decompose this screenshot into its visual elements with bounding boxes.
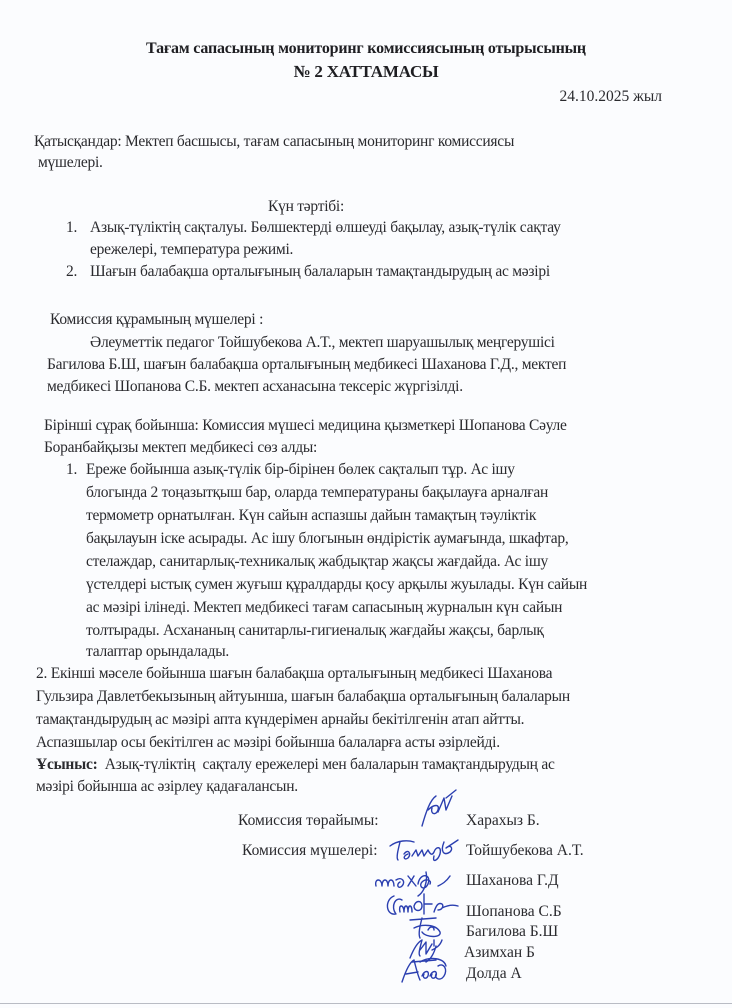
first-question-line-8: толтырады. Асхананың санитарлы-гигиеналы… (86, 622, 544, 640)
member-name-4: Багилова Б.Ш (466, 923, 558, 941)
document-date: 24.10.2025 жыл (560, 88, 662, 106)
commission-line-2: Багилова Б.Ш, шағын балабақша орталығыны… (47, 356, 566, 374)
second-question-line-2: Гульзира Давлетбекызының айтуынша, шағын… (36, 688, 570, 706)
chair-signature-icon (418, 790, 458, 830)
participants-line-2: мүшелері. (38, 154, 103, 172)
participants-line-1: Қатысқандар: Мектеп басшысы, тағам сапас… (34, 133, 514, 151)
document-title: Тағам сапасының мониторинг комиссиясының… (0, 40, 732, 58)
chair-name: Харахыз Б. (466, 812, 540, 830)
agenda-item-1-line-2: ережелері, температура режимі. (90, 241, 293, 259)
first-question-line-9: талаптар орындалады. (86, 643, 229, 661)
member-name-5: Азимхан Б (464, 944, 535, 962)
first-question-line-2: блогында 2 тоңазытқыш бар, оларда темпер… (86, 484, 548, 502)
first-question-intro-2: Боранбайқызы мектеп медбикесі сөз алды: (44, 439, 317, 457)
commission-line-3: медбикесі Шопанова С.Б. мектеп асханасын… (47, 378, 463, 396)
agenda-item-2-number: 2. (66, 263, 77, 281)
protocol-number: № 2 ХАТТАМАСЫ (0, 62, 732, 82)
proposal-line-1: Ұсыныс: Азық-түліктің сақталу ережелері … (36, 756, 555, 774)
first-question-line-7: ас мәзірі ілінеді. Мектеп медбикесі таға… (86, 599, 562, 617)
member-name-1: Тойшубекова А.Т. (466, 842, 584, 860)
agenda-heading: Күн тәртібі: (268, 198, 344, 216)
first-question-line-1: Ереже бойынша азық-түлік бір-бірінен бөл… (86, 461, 515, 479)
commission-heading: Комиссия құрамының мүшелері : (50, 311, 263, 329)
signature-toishubekova-icon (388, 836, 468, 866)
first-question-line-6: үстелдері ыстық сумен жуғыш құралдарды қ… (86, 576, 587, 594)
first-question-line-4: бақылауын іске асырады. Ас ішу блогынын … (86, 530, 568, 548)
members-label: Комиссия мүшелері: (242, 842, 378, 860)
second-question-line-3: тамақтандырудың ас мәзірі апта күндеріме… (36, 711, 524, 729)
first-question-line-5: стелаждар, санитарлық-техникалық жабдықт… (86, 553, 548, 571)
proposal-line-2: мәзірі бойынша ас әзірлеу қадағалансын. (36, 778, 298, 796)
first-question-item-number: 1. (66, 461, 77, 479)
document-page: Тағам сапасының мониторинг комиссиясының… (0, 0, 732, 1008)
member-name-2: Шаханова Г.Д (466, 872, 559, 890)
member-name-3: Шопанова С.Б (466, 903, 562, 921)
first-question-intro-1: Бірінші сұрақ бойынша: Комиссия мүшесі м… (44, 417, 567, 435)
second-question-line-4: Аспазшылар осы бекітілген ас мәзірі бойы… (36, 734, 500, 752)
second-question-line-1: 2. Екінші мәселе бойынша шағын балабақша… (36, 665, 552, 683)
proposal-label: Ұсыныс: (36, 756, 98, 773)
signature-dolda-icon (400, 956, 450, 986)
agenda-item-1-number: 1. (66, 219, 77, 237)
commission-line-1: Әлеуметтік педагог Тойшубекова А.Т., мек… (90, 334, 555, 352)
agenda-item-2-line-1: Шағын балабақша орталығының балаларын та… (90, 263, 550, 281)
member-name-6: Долда А (466, 965, 522, 983)
proposal-text: Азық-түліктің сақталу ережелері мен бала… (98, 756, 555, 773)
chair-label: Комиссия төрайымы: (238, 812, 379, 830)
scan-edge-line (0, 1003, 732, 1004)
agenda-item-1-line-1: Азық-түліктің сақталуы. Бөлшектерді өлше… (90, 219, 561, 237)
first-question-line-3: термометр орнатылған. Күн сайын аспазшы … (86, 507, 536, 525)
